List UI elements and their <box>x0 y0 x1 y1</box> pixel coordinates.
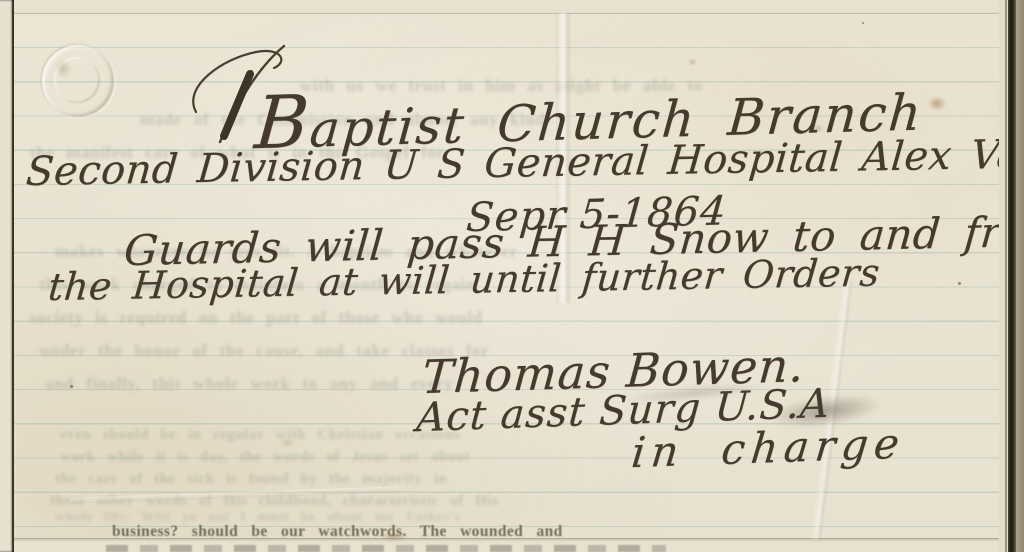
stain <box>280 438 295 448</box>
speck <box>958 282 961 285</box>
printed-bleed-line: society is required on the part of those… <box>30 308 575 328</box>
stain <box>688 58 697 66</box>
stain <box>380 532 408 542</box>
book-binding-line <box>12 0 14 552</box>
signature-role: in charge <box>630 422 908 474</box>
speck <box>70 385 73 388</box>
printed-bottom-partial-line <box>106 545 666 552</box>
page-edge-light-band <box>1016 0 1024 552</box>
stain <box>928 96 946 111</box>
page-edge-dark-band <box>1008 0 1016 552</box>
printed-bleed-line: the care of the sick is found by the maj… <box>55 471 715 488</box>
speck <box>862 22 864 24</box>
page-edge-line <box>1005 0 1007 552</box>
printed-bleed-line: work while it is day, the words of Jesus… <box>60 449 720 466</box>
scanned-document-page: with us we trust in him as might be able… <box>0 0 1024 552</box>
